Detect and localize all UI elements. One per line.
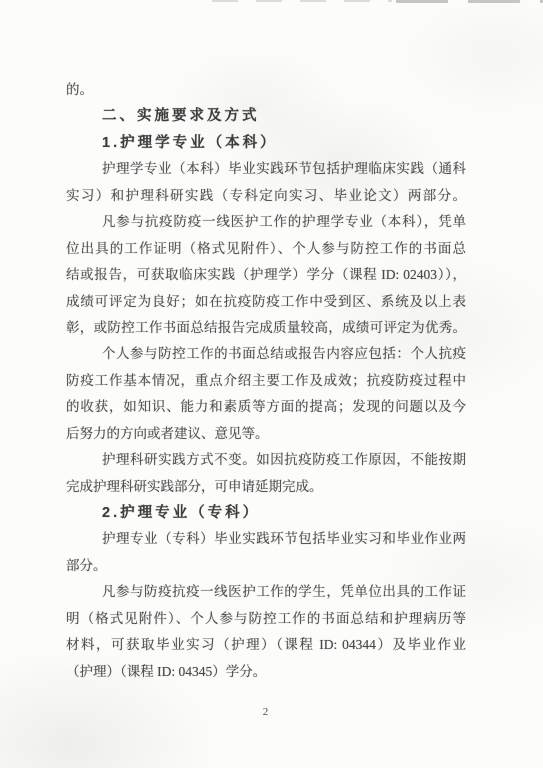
- document-body: 的。 二、实施要求及方式 1.护理学专业（本科） 护理学专业（本科）毕业实践环节…: [66, 77, 466, 685]
- body-line: 的收获，如知识、能力和素质等方面的提高；发现的问题以及今: [66, 394, 466, 420]
- body-line: 部分。: [66, 553, 466, 579]
- body-line: （护理）（课程 ID: 04345）学分。: [66, 659, 466, 685]
- body-line: 成绩可评定为良好；如在抗疫防疫工作中受到区、系统及以上表: [66, 289, 466, 315]
- body-line: 完成护理科研实践部分，可申请延期完成。: [66, 474, 466, 500]
- body-line: 个人参与防控工作的书面总结或报告内容应包括：个人抗疫: [66, 341, 466, 367]
- body-line: 护理学专业（本科）毕业实践环节包括护理临床实践（通科: [66, 156, 466, 182]
- body-line: 凡参与防疫抗疫一线医护工作的学生，凭单位出具的工作证: [66, 579, 466, 605]
- body-line: 护理科研实践方式不变。如因抗疫防疫工作原因，不能按期: [66, 447, 466, 473]
- heading-implementation-requirements: 二、实施要求及方式: [66, 103, 466, 129]
- scanned-page: 的。 二、实施要求及方式 1.护理学专业（本科） 护理学专业（本科）毕业实践环节…: [0, 0, 543, 768]
- heading-nursing-bachelor: 1.护理学专业（本科）: [66, 130, 466, 156]
- body-line: 的。: [66, 77, 466, 103]
- body-line: 明（格式见附件）、个人参与防控工作的书面总结和护理病历等: [66, 606, 466, 632]
- body-line: 材料，可获取毕业实习（护理）（课程 ID: 04344）及毕业作业: [66, 632, 466, 658]
- body-line: 后努力的方向或者建议、意见等。: [66, 421, 466, 447]
- body-line: 凡参与抗疫防疫一线医护工作的护理学专业（本科），凭单: [66, 209, 466, 235]
- body-line: 防疫工作基本情况，重点介绍主要工作及成效；抗疫防疫过程中: [66, 368, 466, 394]
- body-line: 位出具的工作证明（格式见附件）、个人参与防控工作的书面总: [66, 236, 466, 262]
- scan-edge-artifact: [212, 0, 392, 2]
- body-line: 结或报告，可获取临床实践（护理学）学分（课程 ID: 02403）），: [66, 262, 466, 288]
- scan-edge-artifact: [396, 0, 543, 3]
- body-line: 彰，或防控工作书面总结报告完成质量较高，成绩可评定为优秀。: [66, 315, 466, 341]
- page-number: 2: [0, 706, 543, 718]
- heading-nursing-associate: 2.护理专业（专科）: [66, 500, 466, 526]
- body-line: 护理专业（专科）毕业实践环节包括毕业实习和毕业作业两: [66, 526, 466, 552]
- body-line: 实习）和护理科研实践（专科定向实习、毕业论文）两部分。: [66, 183, 466, 209]
